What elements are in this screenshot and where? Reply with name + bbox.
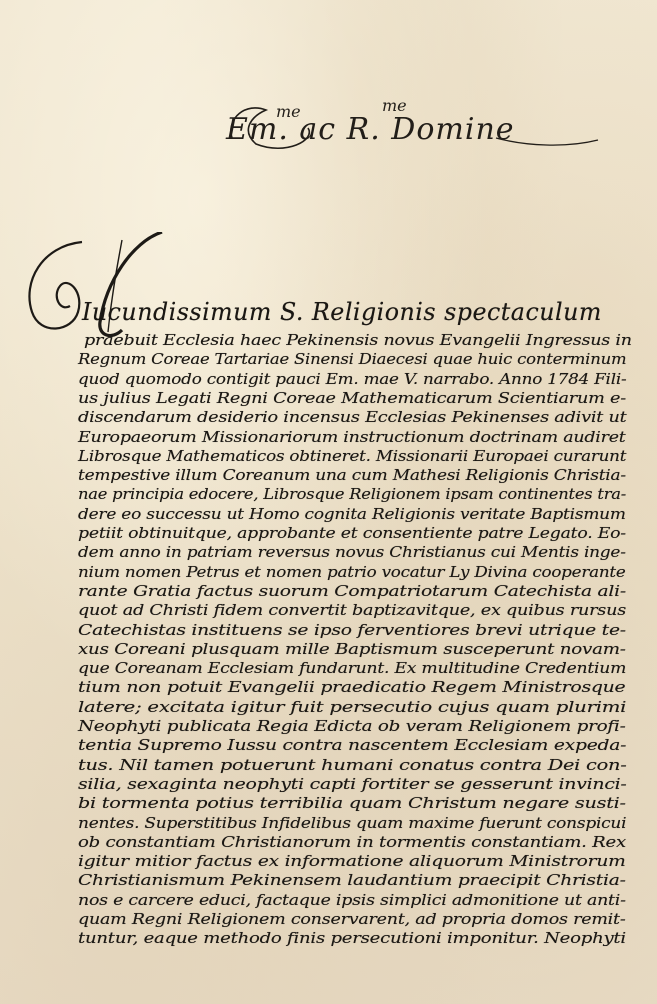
salutation-text: Em. ac R. Domine [226, 112, 515, 147]
manuscript-line: Christianismum Pekinensem laudantium pra… [78, 870, 626, 890]
manuscript-line: dere eo successu ut Homo cognita Religio… [78, 504, 626, 524]
manuscript-line: nos e carcere educi, factaque ipsis simp… [78, 890, 626, 910]
manuscript-line: Europaeorum Missionariorum instructionum… [78, 427, 626, 447]
manuscript-line: nae principia edocere, Librosque Religio… [78, 484, 626, 504]
manuscript-line: discendarum desiderio incensus Ecclesias… [78, 407, 627, 427]
opening-line: Iucundissimum S. Religionis spectaculum [82, 302, 602, 322]
manuscript-line: quam Regni Religionem conservarent, ad p… [78, 909, 626, 929]
manuscript-line: bi tormenta potius terribilia quam Chris… [78, 793, 626, 813]
manuscript-line: ob constantiam Christianorum in tormenti… [78, 832, 626, 852]
manuscript-line: tium non potuit Evangelii praedicatio Re… [78, 677, 625, 697]
manuscript-line: quot ad Christi fidem convertit baptizav… [78, 600, 626, 620]
manuscript-line: silia, sexaginta neophyti capti fortiter… [78, 774, 627, 794]
manuscript-line: Neophyti publicata Regia Edicta ob veram… [78, 716, 626, 736]
manuscript-line: Regnum Coreae Tartariae Sinensi Diaecesi… [78, 349, 626, 369]
manuscript-line: rante Gratia factus suorum Compatriotaru… [78, 581, 626, 601]
manuscript-line: petiit obtinuitque, approbante et consen… [78, 523, 626, 543]
manuscript-line: que Coreanam Ecclesiam fundarunt. Ex mul… [78, 658, 626, 678]
manuscript-line: tuntur, eaque methodo finis persecutioni… [78, 928, 626, 948]
manuscript-line: praebuit Ecclesia haec Pekinensis novus … [84, 330, 632, 350]
salutation: Em. ac R. Domine me me [226, 98, 606, 154]
manuscript-line: nentes. Superstitibus Infidelibus quam m… [78, 813, 626, 833]
manuscript-line: quod quomodo contigit pauci Em. mae V. n… [78, 369, 626, 389]
salutation-superscript-2: me [382, 96, 407, 115]
manuscript-line: tus. Nil tamen potuerunt humani conatus … [78, 755, 626, 775]
manuscript-line: tempestive illum Coreanum una cum Mathes… [78, 465, 626, 485]
manuscript-line: Catechistas instituens se ipso ferventio… [78, 620, 626, 640]
manuscript-line: nium nomen Petrus et nomen patrio vocatu… [78, 562, 626, 582]
manuscript-line: us julius Legati Regni Coreae Mathematic… [78, 388, 626, 408]
salutation-superscript-1: me [276, 102, 301, 121]
manuscript-page: Em. ac R. Domine me me Iucundissimum S. … [0, 0, 657, 1004]
manuscript-line: xus Coreani plusquam mille Baptismum sus… [78, 639, 626, 659]
manuscript-line: tentia Supremo Iussu contra nascentem Ec… [78, 735, 626, 755]
manuscript-line: igitur mitior factus ex informatione ali… [78, 851, 626, 871]
manuscript-line: latere; excitata igitur fuit persecutio … [78, 697, 626, 717]
manuscript-line: Librosque Mathematicos obtineret. Missio… [78, 446, 626, 466]
manuscript-line: dem anno in patriam reversus novus Chris… [78, 542, 626, 562]
